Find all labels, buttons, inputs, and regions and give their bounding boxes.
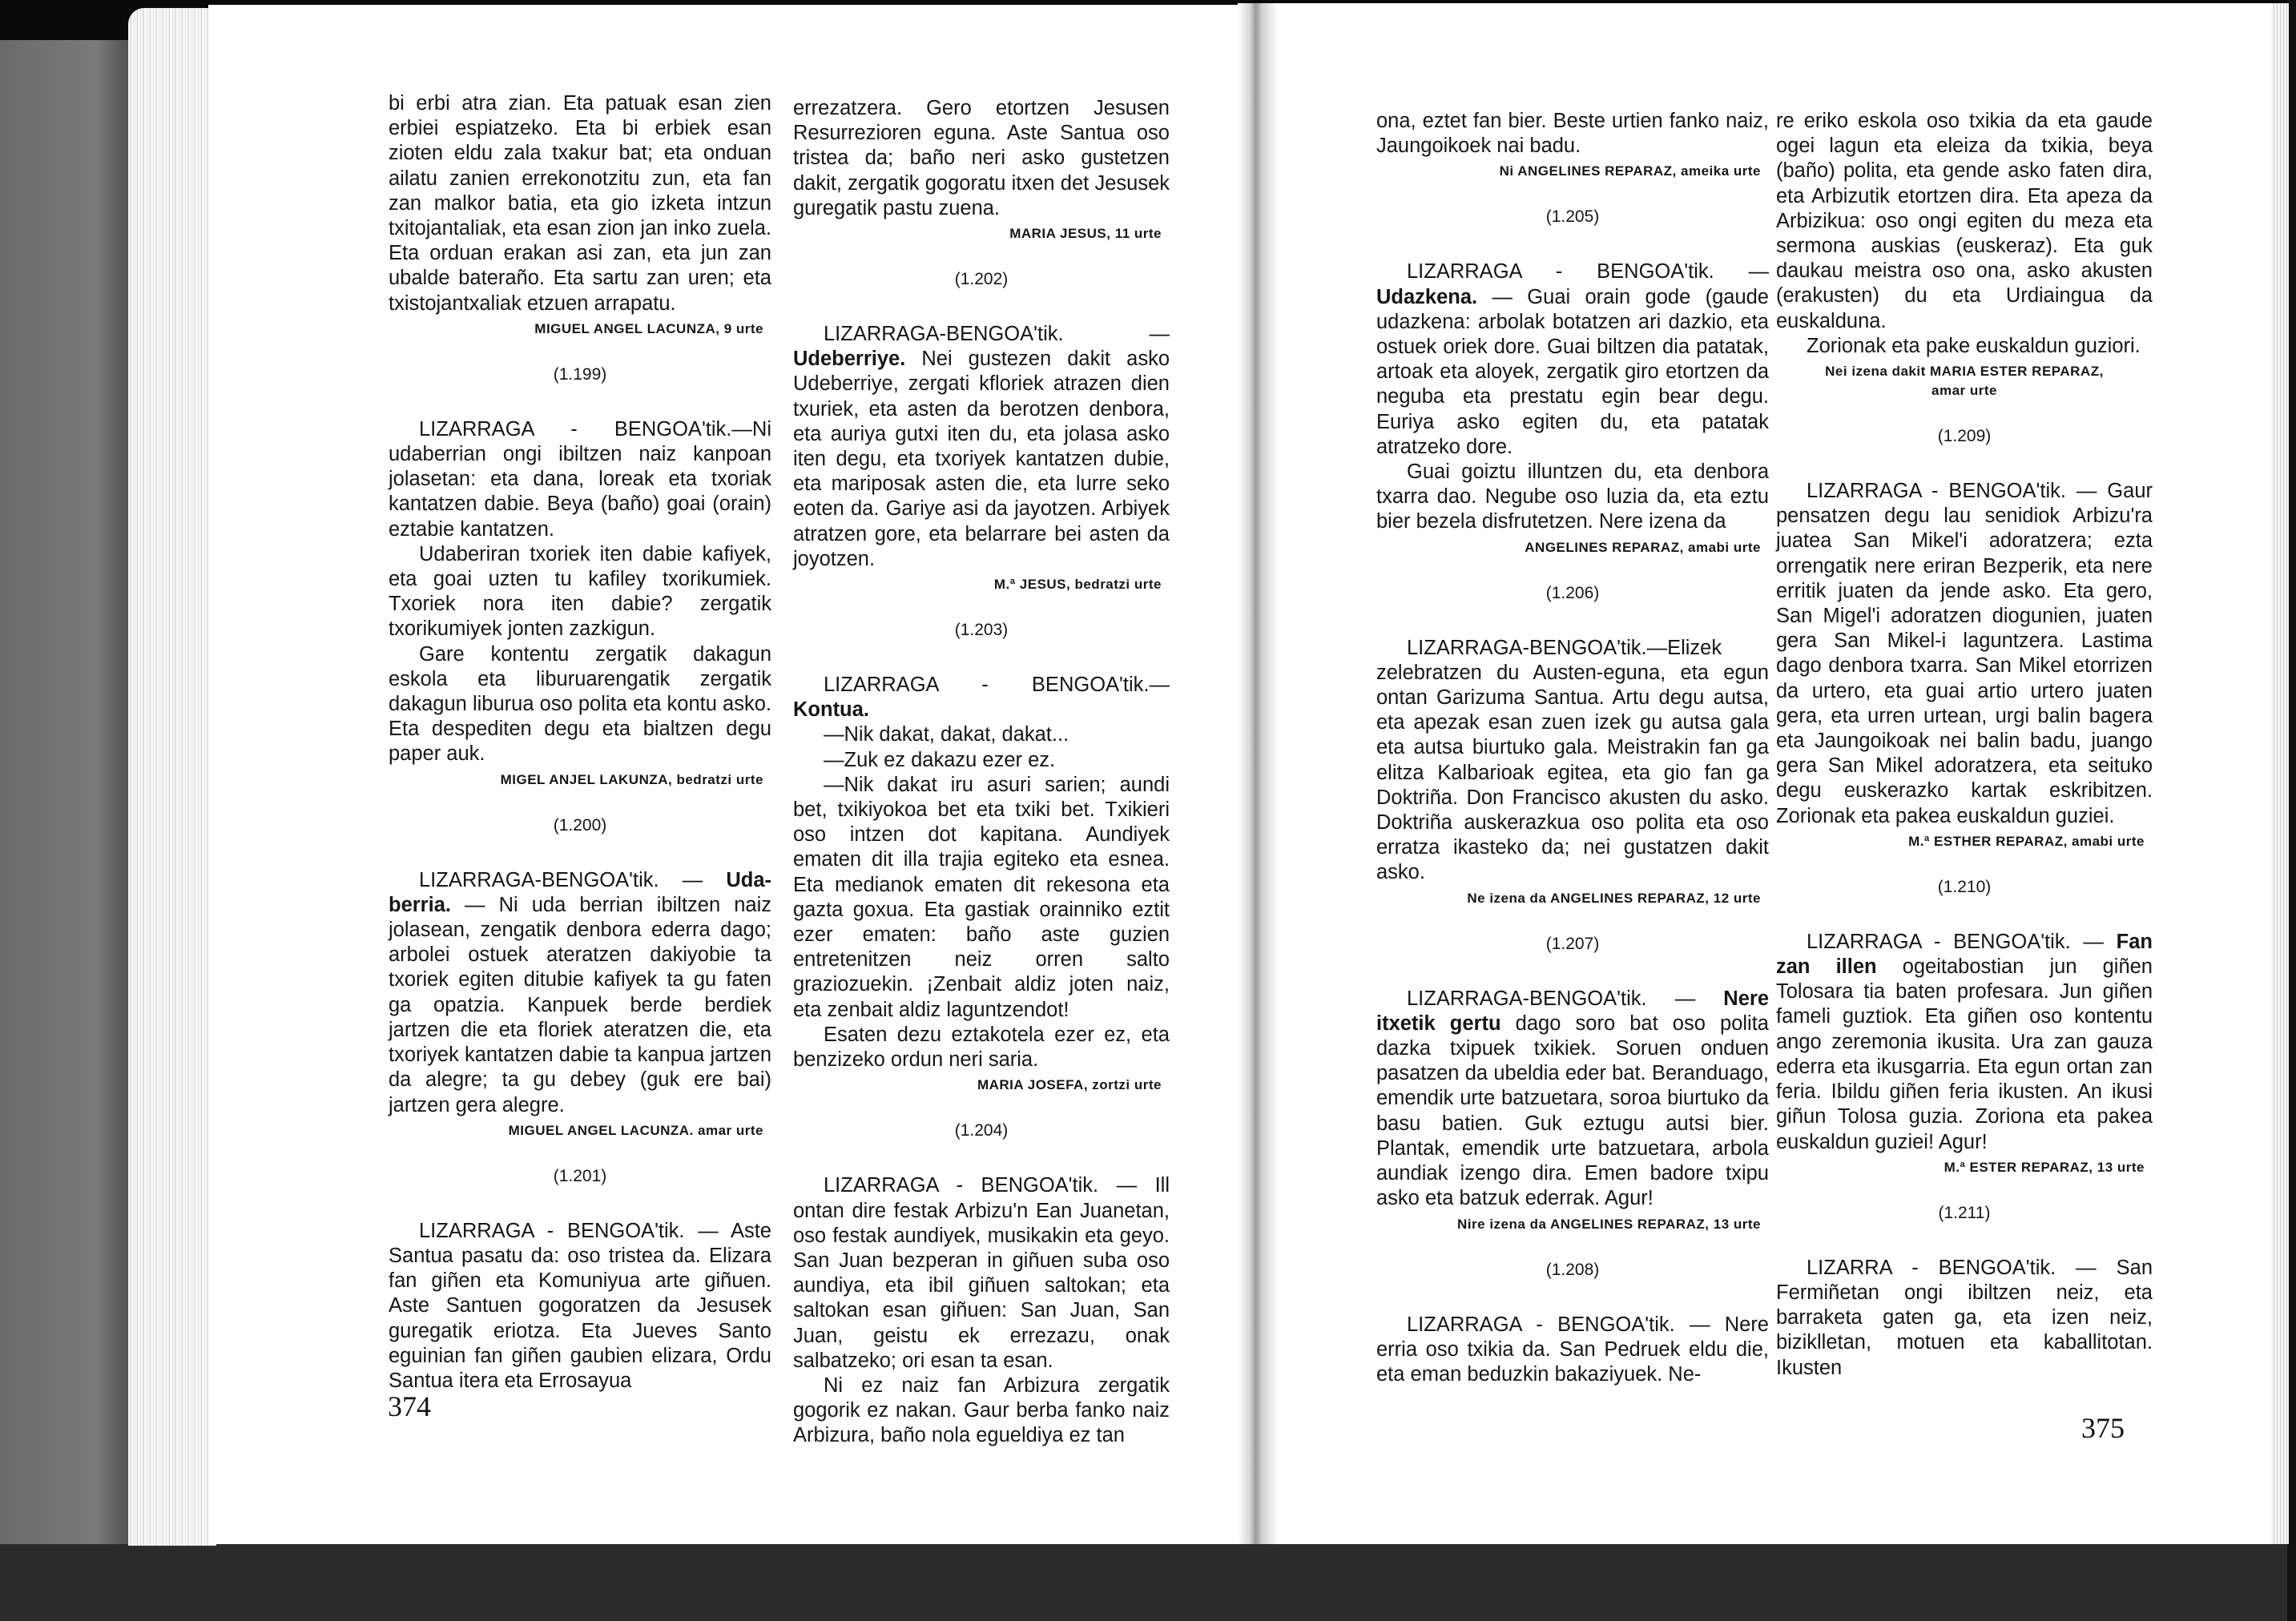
letter-paragraph-lead: LIZARRA - BENGOA'tik. — San Fermiñetan o… — [1776, 1256, 2153, 1381]
letter-body-text: Elizek zelebratzen du Austen-eguna, eta … — [1376, 637, 1769, 884]
letter-body-text: ona, eztet fan bier. Beste urtien fanko … — [1376, 110, 1769, 157]
entry-number: (1.208) — [1376, 1260, 1769, 1281]
letter-heading: LIZARRAGA - BENGOA'tik. — — [1807, 931, 2117, 953]
letter-heading: LIZARRAGA - BENGOA'tik. — — [1407, 260, 1769, 283]
author-signature: Nire izena da ANGELINES REPARAZ, 13 urte — [1376, 1215, 1761, 1234]
letter-body-text: Gaur pensatzen degu lau senidiok Arbizu'… — [1776, 480, 2153, 827]
letter-body-text: dago soro bat oso polita dazka txipuek t… — [1376, 1012, 1769, 1209]
letter-paragraph-lead: LIZARRAGA - BENGOA'tik. — Aste Santua pa… — [389, 1219, 771, 1394]
letter-heading: LIZARRAGA - BENGOA'tik.— — [419, 418, 752, 440]
letter-paragraph: Gare kontentu zergatik dakagun eskola et… — [389, 642, 771, 767]
letter-heading: LIZARRAGA-BENGOA'tik. — — [1407, 987, 1723, 1010]
letter-paragraph: errezatzera. Gero etortzen Jesusen Resur… — [793, 96, 1170, 221]
author-signature: MIGUEL ANGEL LACUNZA, 9 urte — [389, 320, 763, 339]
entry-number: (1.211) — [1776, 1203, 2153, 1224]
scanner-background-bottom — [0, 1544, 2296, 1621]
letter-heading: LIZARRAGA - BENGOA'tik. — — [419, 1220, 731, 1242]
page-number-right: 375 — [2081, 1411, 2125, 1445]
entry-number: (1.206) — [1376, 583, 1769, 604]
letter-heading: LIZARRAGA - BENGOA'tik. — — [1407, 1313, 1725, 1336]
letter-paragraph: Ni ez naiz fan Arbizura zergatik gogorik… — [793, 1374, 1170, 1449]
letter-paragraph-lead: LIZARRAGA - BENGOA'tik. — Gaur pensatzen… — [1776, 479, 2153, 829]
letter-body-text: —Zuk ez dakazu ezer ez. — [824, 749, 1055, 771]
letter-body-text: Aste Santua pasatu da: oso tristea da. E… — [389, 1220, 771, 1392]
letter-body-text: —Nik dakat, dakat, dakat... — [824, 723, 1069, 746]
letter-heading: LIZARRAGA - BENGOA'tik. — — [1807, 480, 2107, 502]
entry-number: (1.201) — [389, 1166, 771, 1187]
letter-body-text: bi erbi atra zian. Eta patuak esan zien … — [389, 92, 771, 315]
letter-title: Udazkena. — [1376, 286, 1477, 308]
letter-paragraph-lead: LIZARRAGA - BENGOA'tik. — Fan zan illen … — [1776, 930, 2153, 1155]
letter-body-text: Gare kontentu zergatik dakagun eskola et… — [389, 643, 771, 766]
letter-paragraph-lead: LIZARRAGA - BENGOA'tik.—Ni udaberrian on… — [389, 417, 771, 542]
letter-body-text: Nei gustezen dakit asko Udeberriye, zerg… — [793, 348, 1170, 570]
letter-title: Udeberriye. — [793, 348, 905, 370]
letter-heading: LIZARRA - BENGOA'tik. — — [1807, 1257, 2117, 1279]
entry-number: (1.200) — [389, 815, 771, 836]
entry-number: (1.209) — [1776, 426, 2153, 447]
letter-paragraph: —Nik dakat iru asuri sarien; aundi bet, … — [793, 773, 1170, 1023]
author-signature: MARIA JOSEFA, zortzi urte — [793, 1076, 1162, 1095]
letter-paragraph-lead: LIZARRAGA - BENGOA'tik. — Udazkena. — Gu… — [1376, 259, 1769, 460]
letter-heading: LIZARRAGA-BENGOA'tik. — — [824, 323, 1170, 345]
entry-number: (1.210) — [1776, 877, 2153, 898]
letter-title: Kontua. — [793, 698, 869, 721]
page-stack-edge-right — [2271, 3, 2289, 1544]
letter-paragraph-lead: LIZARRAGA-BENGOA'tik. — Nere itxetik ger… — [1376, 987, 1769, 1212]
letter-paragraph-lead: LIZARRAGA-BENGOA'tik.—Elizek zelebratzen… — [1376, 636, 1769, 886]
right-page-column-2: re eriko eskola oso txikia da eta gaude … — [1776, 109, 2153, 1381]
author-signature: Ne izena da ANGELINES REPARAZ, 12 urte — [1376, 889, 1761, 908]
letter-paragraph: bi erbi atra zian. Eta patuak esan zien … — [389, 91, 771, 316]
author-signature: ANGELINES REPARAZ, amabi urte — [1376, 538, 1761, 557]
entry-number: (1.203) — [793, 620, 1170, 641]
letter-body-text: re eriko eskola oso txikia da eta gaude … — [1776, 110, 2153, 332]
book-gutter — [1238, 3, 1278, 1544]
page-stack-edge-left — [128, 8, 216, 1546]
author-signature-line-2: amar urte — [1776, 381, 2153, 400]
letter-heading: LIZARRAGA - BENGOA'tik. — — [824, 1174, 1155, 1197]
author-signature-line-1: Nei izena dakit MARIA ESTER REPARAZ, — [1776, 362, 2153, 381]
letter-paragraph: re eriko eskola oso txikia da eta gaude … — [1776, 109, 2153, 334]
author-signature: Ni ANGELINES REPARAZ, ameika urte — [1376, 162, 1761, 181]
letter-heading: LIZARRAGA-BENGOA'tik. — — [419, 869, 726, 891]
entry-number: (1.205) — [1376, 207, 1769, 227]
left-page-column-1: bi erbi atra zian. Eta patuak esan zien … — [389, 91, 771, 1394]
entry-number: (1.202) — [793, 269, 1170, 290]
letter-paragraph: ona, eztet fan bier. Beste urtien fanko … — [1376, 109, 1769, 159]
letter-body-text: errezatzera. Gero etortzen Jesusen Resur… — [793, 97, 1170, 219]
letter-body-text: Zorionak eta pake euskaldun guziori. — [1807, 335, 2141, 357]
letter-body-text: Esaten dezu eztakotela ezer ez, eta benz… — [793, 1024, 1170, 1071]
letter-paragraph: —Zuk ez dakazu ezer ez. — [793, 748, 1170, 773]
letter-paragraph-lead: LIZARRAGA-BENGOA'tik. — Udeberriye. Nei … — [793, 322, 1170, 572]
letter-body-text: — Ni uda berrian ibiltzen naiz jolasean,… — [389, 894, 771, 1116]
letter-paragraph-lead: LIZARRAGA-BENGOA'tik. — Uda-berria. — Ni… — [389, 868, 771, 1118]
author-signature: MIGEL ANJEL LAKUNZA, bedratzi urte — [389, 770, 763, 790]
author-signature: MARIA JESUS, 11 urte — [793, 224, 1162, 243]
letter-paragraph: Esaten dezu eztakotela ezer ez, eta benz… — [793, 1023, 1170, 1072]
page-number-left: 374 — [388, 1390, 431, 1423]
entry-number: (1.199) — [389, 364, 771, 385]
letter-paragraph: —Nik dakat, dakat, dakat... — [793, 722, 1170, 747]
letter-heading: LIZARRAGA-BENGOA'tik.— — [1407, 637, 1667, 659]
author-signature: M.ª JESUS, bedratzi urte — [793, 575, 1162, 594]
author-signature: M.ª ESTHER REPARAZ, amabi urte — [1776, 832, 2145, 851]
letter-paragraph: Guai goiztu illuntzen du, eta denbora tx… — [1376, 460, 1769, 535]
letter-body-text: Udaberiran txoriek iten dabie kafiyek, e… — [389, 543, 771, 641]
author-signature: MIGUEL ANGEL LACUNZA. amar urte — [389, 1121, 763, 1140]
letter-body-text: Ill ontan dire festak Arbizu'n Ean Juane… — [793, 1174, 1170, 1371]
letter-body-text: — Guai orain gode (gaude udazkena: arbol… — [1376, 286, 1769, 458]
letter-paragraph-lead: LIZARRAGA - BENGOA'tik.—Kontua. — [793, 673, 1170, 722]
entry-number: (1.207) — [1376, 934, 1769, 955]
letter-paragraph-lead: LIZARRAGA - BENGOA'tik. — Ill ontan dire… — [793, 1173, 1170, 1374]
letter-paragraph: Zorionak eta pake euskaldun guziori. — [1776, 334, 2153, 359]
letter-body-text: Ni ez naiz fan Arbizura zergatik gogorik… — [793, 1374, 1170, 1446]
author-signature: M.ª ESTER REPARAZ, 13 urte — [1776, 1158, 2145, 1177]
entry-number: (1.204) — [793, 1120, 1170, 1141]
letter-paragraph: Udaberiran txoriek iten dabie kafiyek, e… — [389, 542, 771, 642]
left-page-column-2: errezatzera. Gero etortzen Jesusen Resur… — [793, 96, 1170, 1449]
letter-paragraph-lead: LIZARRAGA - BENGOA'tik. — Nere erria oso… — [1376, 1313, 1769, 1388]
author-signature: Nei izena dakit MARIA ESTER REPARAZ,amar… — [1776, 362, 2153, 400]
letter-body-text: ogeitabostian jun giñen Tolosara tia bat… — [1776, 955, 2153, 1152]
letter-heading: LIZARRAGA - BENGOA'tik.— — [824, 674, 1170, 696]
letter-body-text: —Nik dakat iru asuri sarien; aundi bet, … — [793, 774, 1170, 1021]
right-page-column-1: ona, eztet fan bier. Beste urtien fanko … — [1376, 109, 1769, 1387]
letter-body-text: Guai goiztu illuntzen du, eta denbora tx… — [1376, 461, 1769, 533]
